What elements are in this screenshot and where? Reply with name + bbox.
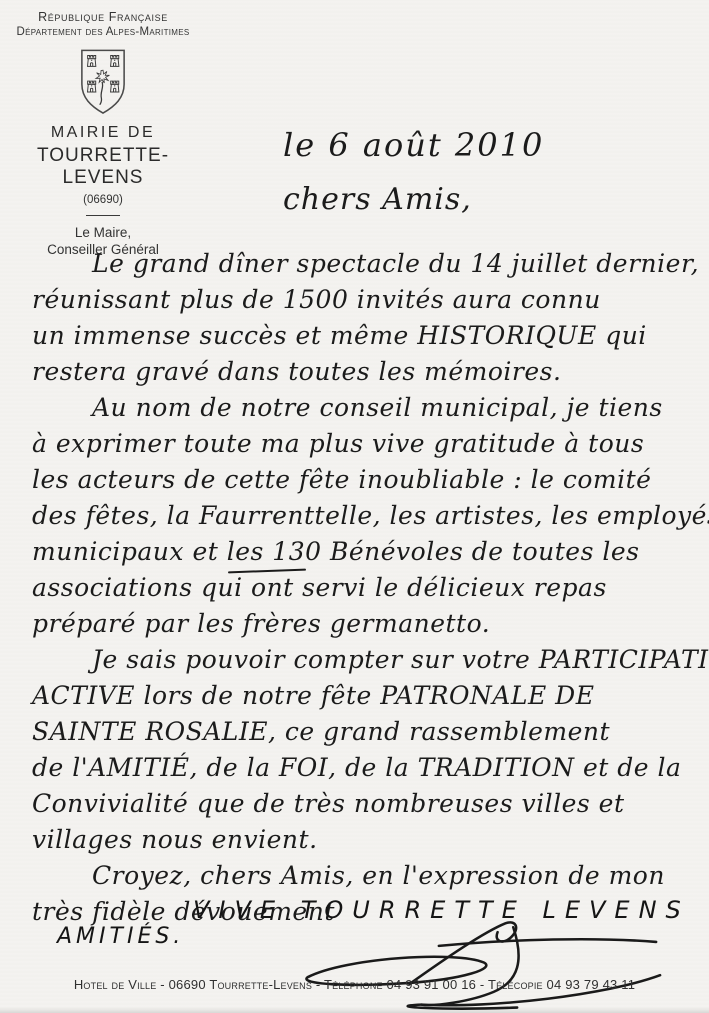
handwritten-line: les acteurs de cette fête inoubliable : … <box>32 462 709 498</box>
date-line: le 6 août 2010 <box>283 126 544 164</box>
scanned-letter-page: République Française Département des Alp… <box>0 0 709 1013</box>
handwritten-line: des fêtes, la Faurrenttelle, les artiste… <box>32 498 709 534</box>
handwritten-line: de l'AMITIÉ, de la FOI, de la TRADITION … <box>32 750 709 786</box>
handwritten-line: Convivialité que de très nombreuses vill… <box>32 786 709 822</box>
footer-text: Hotel de Ville - 06690 Tourrette-Levens … <box>0 977 709 992</box>
handwritten-line: préparé par les frères germanetto. <box>32 606 709 642</box>
handwritten-line: un immense succès et même HISTORIQUE qui <box>32 318 709 354</box>
handwritten-line: réunissant plus de 1500 invités aura con… <box>32 282 709 318</box>
handwritten-line: Le grand dîner spectacle du 14 juillet d… <box>32 246 709 282</box>
mairie-de-line: MAIRIE DE <box>0 124 206 142</box>
handwritten-line: Je sais pouvoir compter sur votre PARTIC… <box>32 642 709 678</box>
signature-flourish-icon <box>292 916 664 1010</box>
handwritten-line: municipaux et les 130 Bénévoles de toute… <box>32 534 709 570</box>
handwritten-line: Au nom de notre conseil municipal, je ti… <box>32 390 709 426</box>
handwritten-line: villages nous envient. <box>32 822 709 858</box>
handwritten-line: SAINTE ROSALIE, ce grand rassemblement <box>32 714 709 750</box>
sender-title-mayor: Le Maire, <box>0 224 206 241</box>
salutation-line: chers Amis, <box>283 182 472 217</box>
amities-line: AMITIÉS. <box>57 924 184 949</box>
department-line: Département des Alpes-Maritimes <box>0 26 206 38</box>
handwritten-line: à exprimer toute ma plus vive gratitude … <box>32 426 709 462</box>
handwritten-line: Croyez, chers Amis, en l'expression de m… <box>32 858 709 894</box>
handwritten-line: ACTIVE lors de notre fête PATRONALE DE <box>32 678 709 714</box>
divider-rule <box>86 215 120 216</box>
handwritten-line: restera gravé dans toutes les mémoires. <box>32 354 709 390</box>
postal-code: (06690) <box>0 194 206 206</box>
republic-line: République Française <box>0 10 206 24</box>
commune-name: TOURRETTE-LEVENS <box>0 145 206 189</box>
handwritten-line: associations qui ont servi le délicieux … <box>32 570 709 606</box>
letter-body: Le grand dîner spectacle du 14 juillet d… <box>0 246 709 930</box>
letterhead: République Française Département des Alp… <box>0 10 206 258</box>
coat-of-arms-icon <box>71 46 135 120</box>
